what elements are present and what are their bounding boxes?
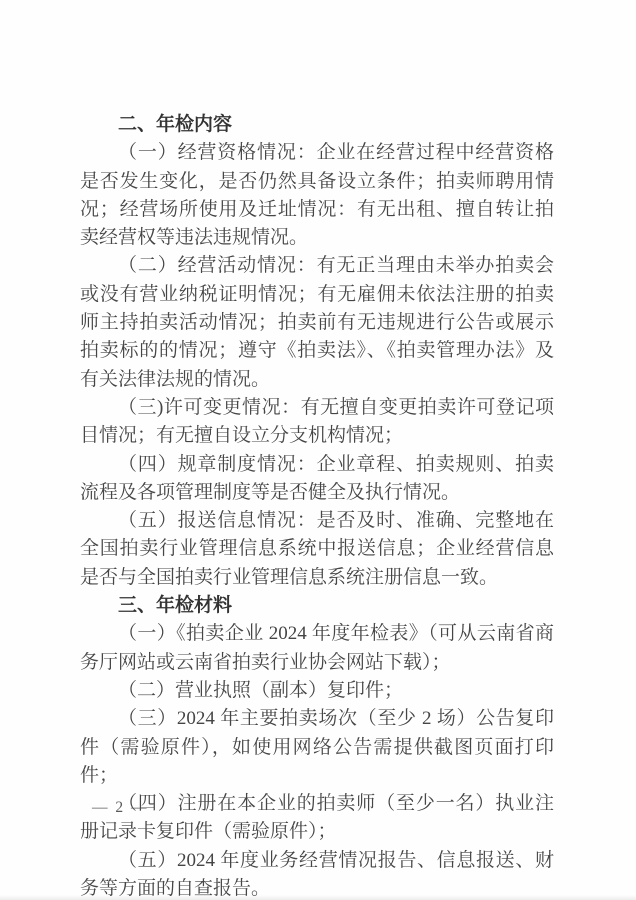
paragraph: （二）营业执照（副本）复印件； xyxy=(80,677,554,705)
paragraph: （三)许可变更情况：有无擅自变更拍卖许可登记项目情况；有无擅自设立分支机构情况； xyxy=(80,394,554,451)
paragraph: （一）经营资格情况：企业在经营过程中经营资格是否发生变化，是否仍然具备设立条件；… xyxy=(80,139,554,252)
paragraph: （二）经营活动情况：有无正当理由未举办拍卖会或没有营业纳税证明情况；有无雇佣未依… xyxy=(80,252,554,393)
paragraph: （四）注册在本企业的拍卖师（至少一名）执业注册记录卡复印件（需验原件）； xyxy=(80,790,554,847)
paragraph: （四）规章制度情况：企业章程、拍卖规则、拍卖流程及各项管理制度等是否健全及执行情… xyxy=(80,451,554,508)
document-body: 二、年检内容 （一）经营资格情况：企业在经营过程中经营资格是否发生变化，是否仍然… xyxy=(80,111,554,900)
document-page: 二、年检内容 （一）经营资格情况：企业在经营过程中经营资格是否发生变化，是否仍然… xyxy=(0,0,636,900)
paragraph: （五）2024 年度业务经营情况报告、信息报送、财务等方面的自查报告。 xyxy=(80,847,554,900)
section-heading-annual-inspection-content: 二、年检内容 xyxy=(80,111,554,139)
paragraph: （三）2024 年主要拍卖场次（至少 2 场）公告复印件（需验原件），如使用网络… xyxy=(80,705,554,790)
paragraph: （一）《拍卖企业 2024 年度年检表》（可从云南省商务厅网站或云南省拍卖行业协… xyxy=(80,620,554,677)
paragraph: （五）报送信息情况：是否及时、准确、完整地在全国拍卖行业管理信息系统中报送信息；… xyxy=(80,507,554,592)
scan-bottom-edge xyxy=(0,895,636,900)
page-number: — 2 — xyxy=(92,799,149,817)
section-heading-annual-inspection-materials: 三、年检材料 xyxy=(80,592,554,620)
